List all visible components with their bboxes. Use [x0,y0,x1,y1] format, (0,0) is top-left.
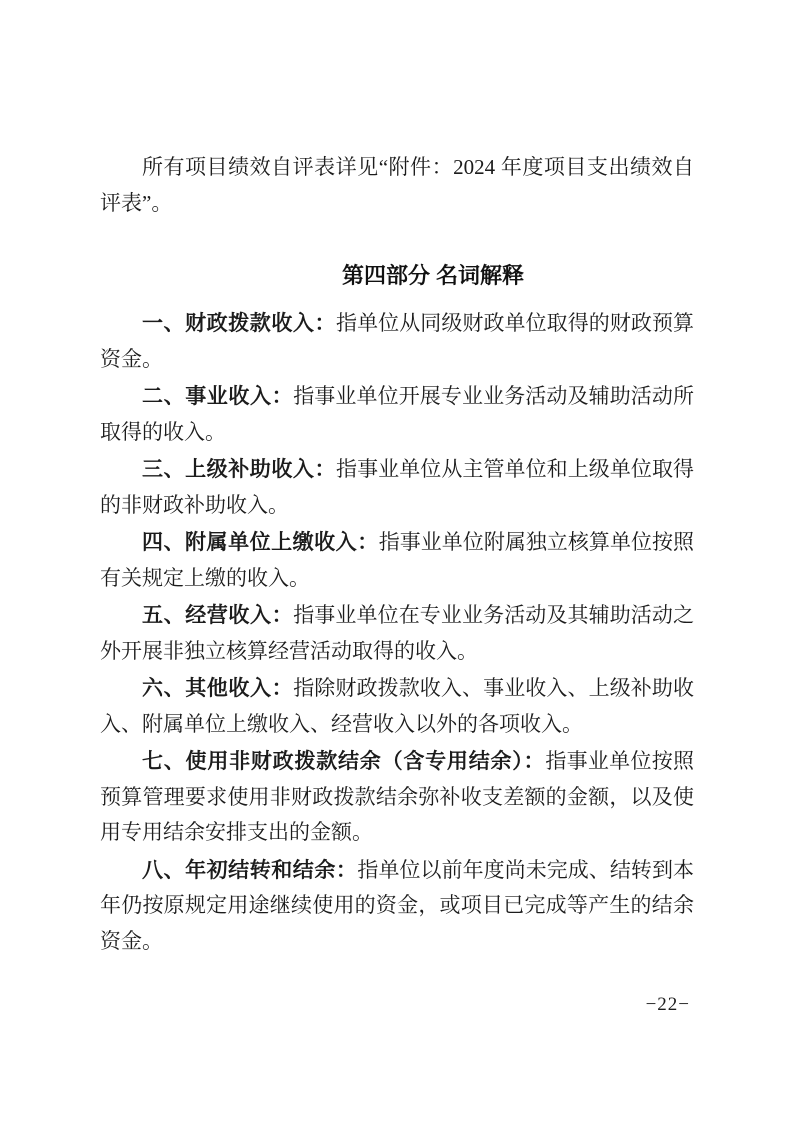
term-label: 七、使用非财政拨款结余（含专用结余）： [142,750,545,773]
term-paragraph: 八、年初结转和结余：指单位以前年度尚未完成、结转到本年仍按原规定用途继续使用的资… [100,853,694,960]
term-label: 四、附属单位上缴收入： [142,531,379,554]
term-label: 六、其他收入： [142,677,293,700]
page-number: −22− [646,994,690,1016]
term-paragraph: 二、事业收入：指事业单位开展专业业务活动及辅助活动所取得的收入。 [100,379,694,450]
term-label: 五、经营收入： [142,604,293,627]
term-label: 三、上级补助收入： [142,458,336,481]
intro-paragraph: 所有项目绩效自评表详见“附件：2024 年度项目支出绩效自评表”。 [100,150,694,221]
document-page: 所有项目绩效自评表详见“附件：2024 年度项目支出绩效自评表”。 第四部分 名… [0,0,793,1122]
term-paragraph: 三、上级补助收入：指事业单位从主管单位和上级单位取得的非财政补助收入。 [100,452,694,523]
term-label: 一、财政拨款收入： [142,312,336,335]
term-paragraph: 四、附属单位上缴收入：指事业单位附属独立核算单位按照有关规定上缴的收入。 [100,525,694,596]
term-paragraph: 六、其他收入：指除财政拨款收入、事业收入、上级补助收入、附属单位上缴收入、经营收… [100,671,694,742]
term-label: 二、事业收入： [142,385,293,408]
page-content: 所有项目绩效自评表详见“附件：2024 年度项目支出绩效自评表”。 第四部分 名… [100,150,694,961]
section-heading: 第四部分 名词解释 [136,261,730,291]
term-paragraph: 七、使用非财政拨款结余（含专用结余）：指事业单位按照预算管理要求使用非财政拨款结… [100,744,694,851]
term-paragraph: 一、财政拨款收入：指单位从同级财政单位取得的财政预算资金。 [100,306,694,377]
term-paragraph: 五、经营收入：指事业单位在专业业务活动及其辅助活动之外开展非独立核算经营活动取得… [100,598,694,669]
term-label: 八、年初结转和结余： [142,859,357,882]
terms-list: 一、财政拨款收入：指单位从同级财政单位取得的财政预算资金。 二、事业收入：指事业… [100,306,694,959]
